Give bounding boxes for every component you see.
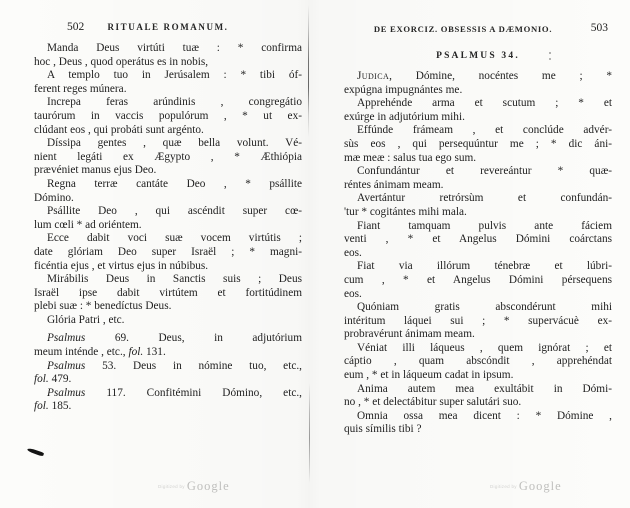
paragraph: Anima autem mea exultábit in Dómi-no , *…: [344, 383, 612, 410]
text-line: Increpa feras arúndinis , congregátio: [34, 96, 302, 110]
text-segment: fol.: [34, 400, 49, 412]
text-line: Israël ipse dabit virtútem et fortitúdin…: [34, 287, 302, 301]
text-line: hoc , Deus , quod operátus es in nobis,: [34, 56, 302, 70]
paragraph: Ecce dabit voci suæ vocem virtútis ;date…: [34, 232, 302, 273]
text-line: cum , * et Angelus Dómini pérsequens: [344, 274, 612, 288]
google-watermark-right: Digitized byGoogle: [490, 477, 562, 495]
text-line: Fiant tamquam pulvis ante fáciem: [344, 220, 612, 234]
text-line: Psalmus 117. Confitémini Dómino, etc.,: [34, 387, 302, 401]
text-line: prævéniet manus ejus Deo.: [34, 164, 302, 178]
text-line: intéritum láquei sui ; * supervácuè ex-: [344, 315, 612, 329]
text-line: ferent reges múnera.: [34, 83, 302, 97]
text-line: Psalmus 53. Deus in nómine tuo, etc.,: [34, 360, 302, 374]
google-logo-text: Google: [519, 479, 562, 493]
text-segment: Psalmus: [47, 387, 85, 399]
text-line: fol. 185.: [34, 400, 302, 414]
psalm-reference: Psalmus 69. Deus, in adjutóriummeum inté…: [34, 332, 302, 359]
text-line: quis símilis tibi ?: [344, 423, 612, 437]
text-line: Judica, Dómine, nocéntes me ; *: [344, 70, 612, 84]
text-line: sùs eos , qui persequúntur me ; * dic án…: [344, 138, 612, 152]
book-scan: 502 RITUALE ROMANUM. Manda Deus virtúti …: [0, 0, 630, 508]
text-line: Regna terræ cantáte Deo , * psállite: [34, 178, 302, 192]
paragraph: Mirábilis Deus in Sanctis suis ; DeusIsr…: [34, 273, 302, 314]
paragraph: A templo tuo in Jerúsalem : * tibi óf-fe…: [34, 69, 302, 96]
paragraph: Regna terræ cantáte Deo , * psálliteDómi…: [34, 178, 302, 205]
left-page-number: 502: [67, 21, 84, 33]
paragraph: Confundántur et revereántur * quæ-réntes…: [344, 165, 612, 192]
text-line: Apprehénde arma et scutum ; * et: [344, 97, 612, 111]
text-segment: 131.: [143, 346, 166, 358]
paragraph: Psállite Deo , qui ascéndit super cœ-lum…: [34, 205, 302, 232]
text-line: eos.: [344, 247, 612, 261]
right-page-header: DE EXORCIZ. OBSESSIS A DÆMONIO. 503: [344, 24, 612, 38]
text-segment: 479.: [49, 373, 72, 385]
text-line: Glória Patri , etc.: [34, 314, 302, 328]
text-line: Avertántur retrórsùm et confundán-: [344, 192, 612, 206]
text-segment: 117. Confitémini Dómino, etc.,: [85, 387, 302, 399]
text-line: réntes ánimam meam.: [344, 179, 612, 193]
page-gutter-line-top: [308, 5, 309, 137]
text-line: Anima autem mea exultábit in Dómi-: [344, 383, 612, 397]
text-line: venti , * et Angelus Dómini coárctans: [344, 233, 612, 247]
text-line: ficéntia ejus , et virtus ejus in núbibu…: [34, 260, 302, 274]
text-line: cáptio , quam abscóndit , apprehéndat: [344, 355, 612, 369]
text-line: Psállite Deo , qui ascéndit super cœ-: [34, 205, 302, 219]
text-segment: Psalmus: [47, 360, 85, 372]
text-line: 'tur * cogitántes mihi mala.: [344, 206, 612, 220]
text-line: probravérunt ánimam meam.: [344, 328, 612, 342]
right-page-text: Judica, Dómine, nocéntes me ; *expúgna i…: [344, 70, 612, 437]
ink-smudge-mark: [27, 447, 44, 456]
paragraph: Judica, Dómine, nocéntes me ; *expúgna i…: [344, 70, 612, 97]
text-line: A templo tuo in Jerúsalem : * tibi óf-: [34, 69, 302, 83]
text-line: date glóriam Deo super Israël ; * magni-: [34, 246, 302, 260]
text-segment: fol.: [128, 346, 143, 358]
paragraph: Díssipa gentes , quæ bella volunt. Vé-ni…: [34, 137, 302, 178]
text-line: taurórum in vaccis populórum , * ut ex-: [34, 110, 302, 124]
text-line: plebi suæ : * benedíctus Deus.: [34, 300, 302, 314]
text-line: Mirábilis Deus in Sanctis suis ; Deus: [34, 273, 302, 287]
paragraph: Omnia ossa mea dicent : * Dómine ,quis s…: [344, 410, 612, 437]
text-segment: , Dómine, nocéntes me ; *: [389, 70, 612, 82]
text-line: no , * et delectábitur super salutári su…: [344, 396, 612, 410]
google-logo-text: Google: [187, 479, 230, 493]
text-segment: 185.: [49, 400, 72, 412]
text-line: Confundántur et revereántur * quæ-: [344, 165, 612, 179]
text-line: clúdant eos , qui probáti sunt argénto.: [34, 124, 302, 138]
right-page: DE EXORCIZ. OBSESSIS A DÆMONIO. 503 PSAL…: [344, 24, 612, 437]
text-line: Dómino.: [34, 192, 302, 206]
text-line: expúgna impugnántes me.: [344, 84, 612, 98]
text-line: lum cœli * ad oriéntem.: [34, 219, 302, 233]
text-segment: fol.: [34, 373, 49, 385]
text-segment: Judica: [357, 70, 389, 82]
text-segment: 69. Deus, in adjutórium: [85, 332, 302, 344]
paragraph: Manda Deus virtúti tuæ : * confirmahoc ,…: [34, 42, 302, 69]
text-line: nient legáti ex Ægypto , * Æthiópia: [34, 151, 302, 165]
left-page: 502 RITUALE ROMANUM. Manda Deus virtúti …: [34, 22, 302, 414]
text-segment: Psalmus: [47, 332, 85, 344]
paragraph: Avertántur retrórsùm et confundán-'tur *…: [344, 192, 612, 219]
text-line: Omnia ossa mea dicent : * Dómine ,: [344, 410, 612, 424]
text-segment: meum inténde , etc.,: [34, 346, 128, 358]
left-page-header: 502 RITUALE ROMANUM.: [34, 22, 302, 36]
paragraph: Véniat illi láqueus , quem ignórat ; etc…: [344, 342, 612, 383]
psalm-reference: Psalmus 53. Deus in nómine tuo, etc.,fol…: [34, 360, 302, 387]
text-segment: 53. Deus in nómine tuo, etc.,: [85, 360, 302, 372]
google-watermark-left: Digitized byGoogle: [158, 477, 230, 495]
paragraph: Fiat via illórum ténebræ et lúbri-cum , …: [344, 260, 612, 301]
psalm-reference: Psalmus 117. Confitémini Dómino, etc.,fo…: [34, 387, 302, 414]
scan-speck: [549, 52, 551, 54]
psalm-section-title: PSALMUS 34.: [344, 51, 612, 61]
paragraph: Quóniam gratis abscondérunt mihiintéritu…: [344, 301, 612, 342]
text-line: Véniat illi láqueus , quem ignórat ; et: [344, 342, 612, 356]
text-line: meum inténde , etc., fol. 131.: [34, 346, 302, 360]
paragraph: Apprehénde arma et scutum ; * etexúrge i…: [344, 97, 612, 124]
left-page-text: Manda Deus virtúti tuæ : * confirmahoc ,…: [34, 42, 302, 414]
text-line: Quóniam gratis abscondérunt mihi: [344, 301, 612, 315]
text-line: eum , * et in láqueum cadat in ipsum.: [344, 369, 612, 383]
text-line: Ecce dabit voci suæ vocem virtútis ;: [34, 232, 302, 246]
paragraph: Glória Patri , etc.: [34, 314, 302, 328]
paragraph: Fiant tamquam pulvis ante fáciemventi , …: [344, 220, 612, 261]
text-line: Fiat via illórum ténebræ et lúbri-: [344, 260, 612, 274]
text-line: exúrge in adjutórium mihi.: [344, 111, 612, 125]
right-running-header: DE EXORCIZ. OBSESSIS A DÆMONIO.: [344, 24, 612, 34]
text-line: mæ meæ : salus tua ego sum.: [344, 152, 612, 166]
text-line: Effúnde frámeam , et conclúde advér-: [344, 124, 612, 138]
text-line: Manda Deus virtúti tuæ : * confirma: [34, 42, 302, 56]
text-line: fol. 479.: [34, 373, 302, 387]
text-line: Psalmus 69. Deus, in adjutórium: [34, 332, 302, 346]
page-gutter-line-bottom: [309, 383, 310, 483]
right-page-number: 503: [591, 22, 608, 34]
paragraph: Effúnde frámeam , et conclúde advér-sùs …: [344, 124, 612, 165]
watermark-prefix: Digitized by: [490, 484, 517, 489]
paragraph: Increpa feras arúndinis , congregátiotau…: [34, 96, 302, 137]
text-line: eos.: [344, 288, 612, 302]
text-line: Díssipa gentes , quæ bella volunt. Vé-: [34, 137, 302, 151]
watermark-prefix: Digitized by: [158, 484, 185, 489]
